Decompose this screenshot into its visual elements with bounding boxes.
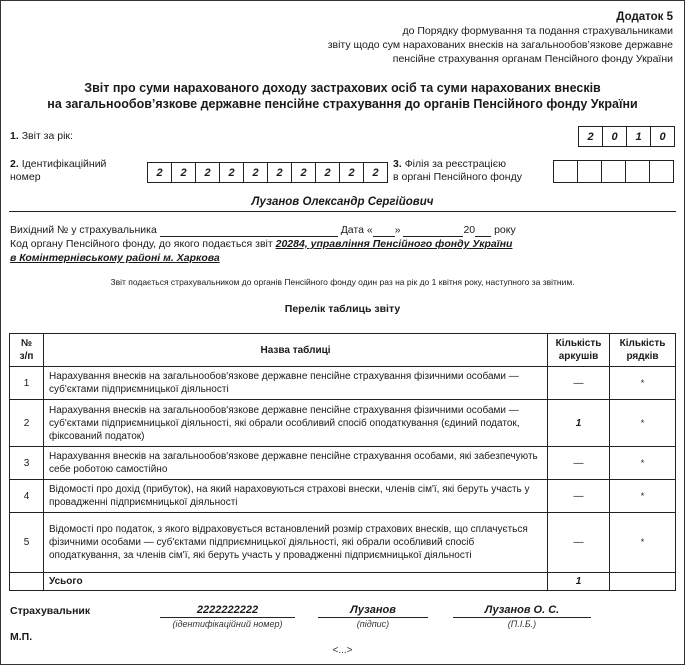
signature-label: Страхувальник xyxy=(10,605,90,617)
row-rows: * xyxy=(610,513,676,573)
digit-cell[interactable]: 2 xyxy=(172,163,196,182)
digit-cell[interactable] xyxy=(554,161,578,182)
date-month-field[interactable] xyxy=(403,225,463,237)
row-sheets: 1 xyxy=(548,400,610,447)
report-title-line1: Звіт про суми нарахованого доходу застра… xyxy=(0,80,685,96)
digit-cell[interactable] xyxy=(578,161,602,182)
digit-cell[interactable] xyxy=(602,161,626,182)
header-rows: Кількістьрядків xyxy=(610,334,676,367)
row-name: Відомості про дохід (прибуток), на який … xyxy=(44,480,548,513)
report-title-line2: на загальнообов’язкове державне пенсійне… xyxy=(0,96,685,112)
row-sheets: — xyxy=(548,447,610,480)
ellipsis-marker: <...> xyxy=(0,645,685,656)
row-name: Нарахування внесків на загальнообов'язко… xyxy=(44,447,548,480)
row-num: 1 xyxy=(10,367,44,400)
signature-sign-caption: (підпис) xyxy=(318,619,428,629)
submission-note: Звіт подається страхувальником до органі… xyxy=(0,277,685,287)
row-num: 2 xyxy=(10,400,44,447)
appendix-title: Додаток 5 xyxy=(328,10,673,24)
row-rows: * xyxy=(610,400,676,447)
digit-cell[interactable]: 2 xyxy=(196,163,220,182)
row-sheets: — xyxy=(548,513,610,573)
digit-cell[interactable] xyxy=(650,161,673,182)
digit-cell[interactable]: 2 xyxy=(148,163,172,182)
row-name: Нарахування внесків на загальнообов'язко… xyxy=(44,367,548,400)
field-label-line2: номер xyxy=(10,171,106,184)
digit-cell[interactable]: 2 xyxy=(220,163,244,182)
total-num xyxy=(10,573,44,591)
appendix-line: пенсійне страхування органам Пенсійного … xyxy=(328,52,673,66)
insurer-name: Лузанов Олександр Сергійович xyxy=(9,196,676,212)
row-rows: * xyxy=(610,447,676,480)
date-day-field[interactable] xyxy=(373,225,395,237)
pf-code-row: Код органу Пенсійного фонду, до якого по… xyxy=(10,237,512,251)
table-row: 2 Нарахування внесків на загальнообов'яз… xyxy=(10,400,676,447)
digit-cell[interactable]: 2 xyxy=(244,163,268,182)
signature-name-value: Лузанов О. С. xyxy=(453,604,591,618)
table-row: 3 Нарахування внесків на загальнообов'яз… xyxy=(10,447,676,480)
field-label-line1: Ідентифікаційний xyxy=(22,158,107,170)
row-sheets: — xyxy=(548,367,610,400)
field-number: 3. xyxy=(393,158,402,170)
header-name: Назва таблиці xyxy=(44,334,548,367)
signature-name-caption: (П.І.Б.) xyxy=(453,619,591,629)
date-quote: » xyxy=(395,224,401,236)
appendix-line: звіту щодо сум нарахованих внесків на за… xyxy=(328,38,673,52)
digit-cell[interactable]: 2 xyxy=(268,163,292,182)
outgoing-number-row: Вихідний № у страхувальника Дата «» 20 р… xyxy=(10,223,516,237)
table-total-row: Усього 1 xyxy=(10,573,676,591)
signature-id-caption: (ідентифікаційний номер) xyxy=(160,619,295,629)
pf-code-value-line2: в Комінтернівському районі м. Харкова xyxy=(10,251,220,265)
field-label-line1: Філія за реєстрацією xyxy=(405,158,506,170)
row-sheets: — xyxy=(548,480,610,513)
outgoing-number-field[interactable] xyxy=(160,225,338,237)
field-number: 1. xyxy=(10,130,19,142)
id-number-boxes[interactable]: 2 2 2 2 2 2 2 2 2 2 xyxy=(147,162,388,183)
row-rows: * xyxy=(610,367,676,400)
signature-id-field: 2222222222 (ідентифікаційний номер) xyxy=(160,604,295,629)
table-row: 5 Відомості про податок, з якого відрахо… xyxy=(10,513,676,573)
digit-cell[interactable]: 1 xyxy=(627,127,651,146)
row-rows: * xyxy=(610,480,676,513)
field-number: 2. xyxy=(10,158,19,170)
row-name: Відомості про податок, з якого відрахову… xyxy=(44,513,548,573)
total-label: Усього xyxy=(44,573,548,591)
appendix-line: до Порядку формування та подання страхув… xyxy=(328,24,673,38)
report-title: Звіт про суми нарахованого доходу застра… xyxy=(0,80,685,112)
signature-id-value: 2222222222 xyxy=(160,604,295,618)
digit-cell[interactable]: 0 xyxy=(603,127,627,146)
digit-cell[interactable] xyxy=(626,161,650,182)
digit-cell[interactable]: 2 xyxy=(364,163,387,182)
date-label: Дата « xyxy=(341,224,373,236)
pf-code-label: Код органу Пенсійного фонду, до якого по… xyxy=(10,238,273,250)
header-sheets: Кількістьаркушів xyxy=(548,334,610,367)
signature-name-field: Лузанов О. С. (П.І.Б.) xyxy=(453,604,591,629)
field-report-year-label: 1. Звіт за рік: xyxy=(10,130,73,143)
field-branch-label: 3. Філія за реєстрацією в органі Пенсійн… xyxy=(393,158,522,184)
header-num: №з/п xyxy=(10,334,44,367)
field-label-line2: в органі Пенсійного фонду xyxy=(393,171,522,184)
digit-cell[interactable]: 2 xyxy=(579,127,603,146)
row-num: 5 xyxy=(10,513,44,573)
table-row: 4 Відомості про дохід (прибуток), на яки… xyxy=(10,480,676,513)
branch-boxes[interactable] xyxy=(553,160,674,183)
digit-cell[interactable]: 2 xyxy=(292,163,316,182)
table-header-row: №з/п Назва таблиці Кількістьаркушів Кіль… xyxy=(10,334,676,367)
date-year-suffix: року xyxy=(494,224,516,236)
tables-list: №з/п Назва таблиці Кількістьаркушів Кіль… xyxy=(9,333,676,591)
digit-cell[interactable]: 0 xyxy=(651,127,674,146)
signature-sign-value: Лузанов xyxy=(318,604,428,618)
appendix-header: Додаток 5 до Порядку формування та подан… xyxy=(328,10,673,66)
field-id-number-label: 2. Ідентифікаційний номер xyxy=(10,158,106,184)
row-num: 3 xyxy=(10,447,44,480)
table-list-title: Перелік таблиць звіту xyxy=(0,303,685,315)
digit-cell[interactable]: 2 xyxy=(340,163,364,182)
total-sheets: 1 xyxy=(548,573,610,591)
row-num: 4 xyxy=(10,480,44,513)
pf-code-value: 20284, управління Пенсійного фонду Украї… xyxy=(276,238,513,250)
total-rows xyxy=(610,573,676,591)
date-year-prefix: 20 xyxy=(463,224,475,236)
row-name: Нарахування внесків на загальнообов'язко… xyxy=(44,400,548,447)
table-row: 1 Нарахування внесків на загальнообов'яз… xyxy=(10,367,676,400)
stamp-label: М.П. xyxy=(10,631,32,643)
signature-sign-field: Лузанов (підпис) xyxy=(318,604,428,629)
digit-cell[interactable]: 2 xyxy=(316,163,340,182)
date-year-field[interactable] xyxy=(475,225,491,237)
outgoing-number-label: Вихідний № у страхувальника xyxy=(10,224,157,236)
report-year-boxes[interactable]: 2 0 1 0 xyxy=(578,126,675,147)
field-label: Звіт за рік: xyxy=(22,130,73,142)
